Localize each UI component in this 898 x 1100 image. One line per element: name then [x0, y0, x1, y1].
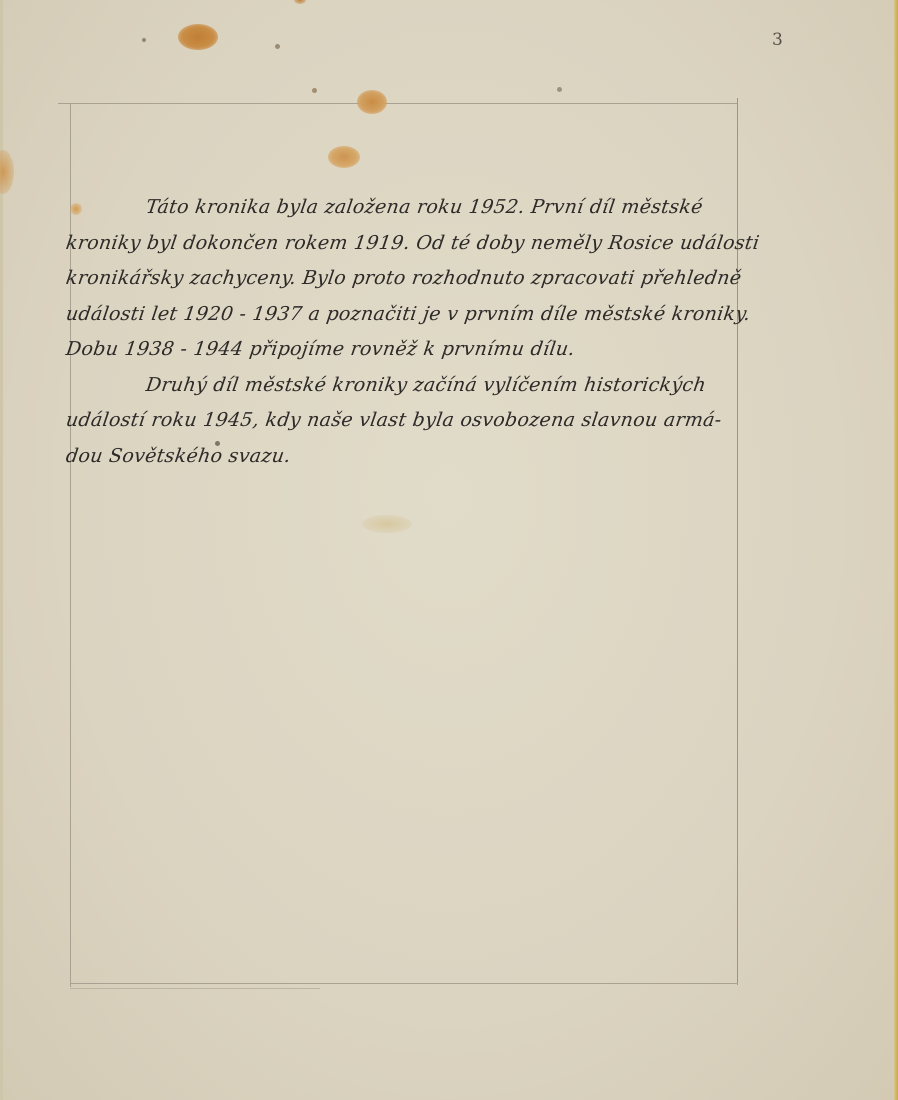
speck-1	[142, 38, 146, 42]
handwritten-text: Táto kronika byla založena roku 1952. Pr…	[66, 190, 756, 474]
stain-upper-right	[357, 90, 387, 114]
stain-mid-upper	[328, 146, 360, 168]
page-number: 3	[772, 30, 783, 50]
text-line: Dobu 1938 - 1944 připojíme rovněž k prvn…	[64, 332, 759, 368]
speck-4	[557, 87, 562, 92]
text-line: kroniky byl dokončen rokem 1919. Od té d…	[64, 226, 759, 262]
frame-bottom-line	[70, 983, 738, 984]
frame-bottom-line-secondary	[70, 988, 320, 989]
stain-top-large	[178, 24, 218, 50]
text-line: událostí roku 1945, kdy naše vlast byla …	[64, 403, 759, 439]
text-line: kronikářsky zachyceny. Bylo proto rozhod…	[64, 261, 759, 297]
speck-2	[275, 44, 280, 49]
frame-top-line	[58, 103, 738, 104]
speck-3	[312, 88, 317, 93]
binding-edge	[894, 0, 898, 1100]
text-line: události let 1920 - 1937 a poznačiti je …	[64, 297, 759, 333]
paragraph-1: Táto kronika byla založena roku 1952. Pr…	[66, 190, 756, 368]
paragraph-2: Druhý díl městské kroniky začíná vylíčen…	[66, 368, 756, 475]
text-line: Druhý díl městské kroniky začíná vylíčen…	[64, 368, 759, 404]
chronicle-page: 3 Táto kronika byla založena roku 1952. …	[0, 0, 898, 1100]
text-line: Táto kronika byla založena roku 1952. Pr…	[64, 190, 759, 226]
stain-faint-center	[362, 515, 412, 533]
stain-left-edge	[0, 150, 14, 194]
stain-top-small	[294, 0, 306, 4]
text-line: dou Sovětského svazu.	[64, 439, 759, 475]
